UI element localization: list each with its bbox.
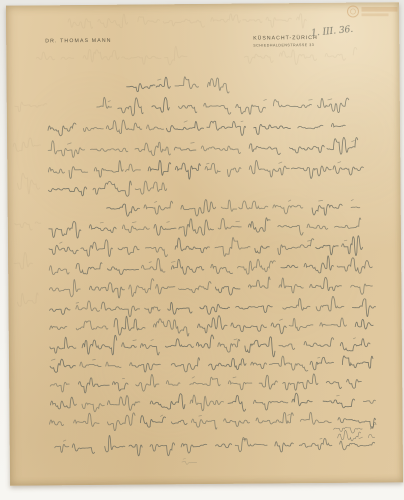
handwriting-line (331, 123, 345, 127)
showthrough-mark (36, 52, 54, 60)
showthrough-mark (138, 16, 160, 24)
handwriting-line (178, 282, 211, 293)
handwriting-line (239, 201, 268, 209)
handwriting-line (228, 395, 246, 411)
handwriting-line (122, 342, 137, 347)
handwriting-line (135, 142, 171, 156)
handwriting-line (50, 397, 76, 409)
handwriting-line (171, 259, 204, 274)
handwriting-line (140, 343, 159, 355)
handwriting-line (165, 339, 193, 348)
handwriting-line (271, 323, 286, 334)
handwriting-line (175, 163, 200, 179)
handwriting-diacritic (236, 221, 240, 222)
handwriting-diacritic (288, 414, 291, 415)
handwriting-diacritic (133, 340, 136, 341)
handwriting-line (49, 221, 81, 238)
handwriting-line (289, 145, 324, 153)
handwriting-line (245, 337, 275, 357)
handwriting-line (135, 181, 167, 194)
handwriting-line (340, 339, 370, 351)
handwriting-line (340, 441, 375, 450)
showthrough-mark (266, 17, 291, 27)
handwriting-salutation (175, 77, 199, 89)
handwriting-line (89, 225, 116, 233)
handwriting-line (82, 403, 104, 412)
handwriting-diacritic (63, 440, 66, 441)
handwriting-line (190, 395, 224, 411)
handwriting-line (278, 225, 303, 235)
handwriting-line (118, 98, 143, 116)
handwriting-line (49, 245, 78, 254)
handwriting-line (259, 375, 277, 389)
handwriting-salutation (127, 83, 155, 91)
handwriting-diacritic (352, 140, 355, 141)
showthrough-mark (68, 19, 93, 29)
handwriting-diacritic (320, 438, 322, 439)
handwriting-line (49, 266, 69, 275)
handwriting-diacritic (76, 302, 79, 303)
handwriting-diacritic (158, 79, 161, 80)
showthrough-mark (163, 19, 204, 28)
handwriting-diacritic (206, 163, 209, 164)
watermark-text-line-2 (362, 13, 389, 16)
handwriting-line (334, 218, 360, 229)
letter-paper: DR. THOMAS MANN KÜSNACHT-ZÜRICH SCHIEDHA… (6, 2, 403, 485)
handwriting-line (200, 304, 230, 314)
handwriting-line (48, 123, 76, 136)
handwriting-line (145, 247, 167, 257)
handwriting-line (107, 204, 140, 216)
handwriting-line (248, 218, 270, 233)
handwriting-diacritic (108, 101, 110, 102)
handwriting-insertion (338, 430, 361, 441)
handwriting-line (273, 205, 303, 214)
handwriting-line (83, 127, 103, 131)
handwriting-line (279, 278, 303, 293)
handwriting-line (150, 443, 175, 456)
handwriting-line (326, 381, 341, 388)
handwriting-line (231, 323, 267, 332)
handwriting-line (249, 144, 280, 155)
handwriting-line (81, 240, 113, 257)
handwriting-line (129, 279, 154, 297)
handwriting-line (228, 380, 252, 389)
handwriting-diacritic (233, 377, 236, 378)
showthrough-mark (243, 19, 262, 22)
handwriting-diacritic (151, 340, 153, 341)
showthrough-mark (211, 14, 240, 23)
handwriting-line (50, 326, 67, 330)
handwriting-line (283, 298, 310, 310)
showthrough-mark (279, 50, 316, 65)
handwriting-line (50, 420, 64, 426)
watermark-text-line-1 (362, 7, 398, 12)
handwriting-line (181, 199, 216, 216)
handwriting-diacritic (279, 162, 282, 163)
handwriting-line (201, 146, 240, 154)
showthrough-mark (13, 138, 41, 152)
showthrough-mark (15, 222, 32, 230)
handwriting-line (215, 286, 240, 295)
handwriting-diacritic (359, 437, 362, 438)
showthrough-mark (164, 46, 187, 65)
handwriting-line (147, 125, 164, 130)
handwriting-diacritic (344, 240, 347, 241)
handwriting-line (76, 263, 102, 274)
handwriting-line (273, 99, 311, 107)
handwriting-line (283, 374, 318, 390)
showthrough-mark (244, 54, 273, 63)
handwriting-line (224, 419, 250, 427)
handwriting-line (269, 356, 308, 371)
watermark-seal-inner (350, 9, 355, 14)
handwriting-line (72, 444, 94, 454)
handwriting-diacritic (280, 319, 283, 320)
handwriting-line (190, 377, 220, 386)
showthrough-mark (15, 102, 47, 112)
handwriting-line (235, 437, 267, 451)
handwriting-insertion (334, 427, 363, 433)
handwriting-line (154, 224, 176, 235)
handwriting-line (347, 379, 362, 388)
handwriting-diacritic (318, 357, 320, 358)
handwriting-diacritic (132, 222, 136, 223)
handwriting-line (179, 219, 214, 237)
showthrough-mark (353, 47, 357, 55)
watermark-seal-icon (348, 6, 359, 17)
handwriting-line (101, 302, 140, 317)
handwriting-diacritic (149, 262, 151, 263)
handwriting-line (112, 382, 128, 391)
handwriting-line (254, 124, 291, 134)
handwriting-line (307, 224, 328, 230)
handwriting-line (289, 318, 313, 330)
handwriting-line (236, 305, 273, 313)
handwriting-diacritic (338, 162, 341, 163)
handwriting-line (48, 140, 85, 157)
handwriting-line (342, 356, 373, 369)
handwriting-line (351, 207, 360, 208)
photo-background: DR. THOMAS MANN KÜSNACHT-ZÜRICH SCHIEDHA… (0, 0, 404, 500)
handwriting-line (150, 394, 185, 410)
handwriting-line (352, 299, 375, 317)
handwriting-line (175, 238, 209, 253)
showthrough-mark (14, 252, 32, 269)
handwriting-line (291, 166, 331, 179)
handwriting-line (171, 420, 187, 425)
handwriting-line (153, 319, 189, 337)
handwriting-line (89, 283, 124, 299)
handwriting-line (196, 335, 214, 348)
handwriting-line (126, 164, 141, 172)
showthrough-mark (122, 56, 161, 65)
handwriting-diacritic (309, 100, 313, 101)
handwriting-line (275, 442, 294, 452)
handwriting-line (205, 163, 220, 173)
handwriting-line (351, 284, 373, 294)
handwriting-diacritic (288, 200, 290, 201)
handwriting-diacritic (183, 458, 186, 459)
handwriting-line (337, 258, 372, 274)
handwriting-diacritic (234, 339, 237, 340)
handwriting-line (93, 181, 132, 197)
handwriting-line (166, 381, 180, 386)
handwriting-line (49, 279, 80, 297)
handwriting-line (237, 259, 275, 274)
handwriting-line (218, 339, 240, 352)
handwriting-line (94, 161, 123, 178)
handwriting-diacritic (264, 99, 267, 100)
handwriting-diacritic (67, 143, 71, 144)
handwriting-line (281, 265, 298, 268)
handwriting-line (304, 256, 333, 273)
handwriting-line (69, 167, 88, 179)
handwriting-line (316, 245, 339, 255)
handwriting-line (318, 98, 349, 113)
handwriting-line (148, 160, 171, 175)
handwriting-line (136, 374, 159, 391)
showthrough-mark (61, 57, 74, 59)
handwriting-diacritic (351, 199, 353, 200)
handwriting-line (299, 438, 332, 449)
handwriting-line (300, 412, 331, 424)
handwriting-line (166, 121, 203, 131)
handwriting-line (191, 419, 216, 430)
handwriting-line (236, 104, 266, 114)
handwriting-diacritic (171, 261, 175, 262)
handwriting-diacritic (307, 240, 310, 241)
handwriting-line (152, 97, 169, 112)
handwriting-line (140, 415, 165, 427)
handwriting-end-mark (182, 462, 197, 465)
handwriting-line (48, 167, 64, 173)
handwriting-line (298, 125, 323, 129)
handwriting-line (78, 378, 109, 393)
handwriting-line (76, 301, 100, 312)
handwriting-line (145, 307, 160, 313)
handwriting-line (76, 321, 108, 330)
handwriting-line (141, 258, 165, 272)
handwriting-line (312, 204, 342, 215)
handwriting-line (156, 284, 175, 294)
handwriting-line (251, 362, 267, 369)
handwriting-line (363, 400, 375, 403)
handwriting-line (227, 168, 241, 177)
handwriting-line (248, 277, 270, 288)
handwriting-line (179, 105, 197, 113)
handwriting-line (216, 444, 232, 448)
handwriting-diacritic (199, 416, 202, 417)
showthrough-mark (325, 53, 345, 60)
handwriting-line (342, 236, 363, 256)
handwriting-line (253, 400, 287, 410)
showthrough-mark (98, 14, 128, 28)
handwriting-line (310, 357, 334, 370)
handwriting-line (50, 337, 76, 353)
handwriting-line (355, 319, 373, 329)
handwriting-line (107, 267, 138, 275)
handwriting-line (255, 246, 269, 253)
handwriting-line (221, 200, 236, 211)
handwriting-line (90, 148, 127, 152)
handwriting-line (74, 413, 100, 426)
watermark-stamp (345, 3, 401, 20)
handwriting-line (129, 444, 142, 455)
handwriting-diacritic (184, 121, 187, 122)
handwriting-line (118, 246, 139, 255)
handwriting-diacritic (319, 200, 323, 201)
showthrough-mark (17, 173, 39, 194)
handwriting-line (122, 225, 149, 233)
handwriting-diacritic (160, 415, 162, 416)
handwriting-diacritic (167, 222, 170, 223)
handwriting-diacritic (241, 121, 243, 122)
handwriting-line (174, 147, 196, 151)
handwriting-line (168, 302, 192, 314)
handwriting-line (292, 393, 312, 406)
handwriting-line (304, 338, 334, 347)
handwriting-salutation (156, 77, 170, 88)
handwriting-line (107, 395, 140, 410)
handwriting-line (249, 160, 289, 177)
handwriting-line (320, 318, 347, 327)
handwriting-diacritic (353, 338, 355, 339)
handwriting-line (338, 417, 376, 428)
handwriting-line (144, 201, 173, 214)
handwriting-line (105, 435, 125, 452)
handwriting-line (197, 316, 227, 333)
handwriting-line (279, 344, 295, 350)
handwriting-line (106, 120, 142, 134)
handwriting-line (50, 308, 71, 315)
handwriting-line (181, 443, 207, 453)
showthrough-mark (83, 49, 119, 62)
handwriting-line (327, 137, 358, 154)
handwriting-line (130, 362, 161, 372)
showthrough-mark (296, 14, 306, 29)
handwriting-diacritic (191, 142, 195, 143)
handwriting-line (80, 362, 101, 367)
handwriting-line (218, 218, 241, 229)
handwriting-line (256, 412, 293, 424)
handwriting-body (6, 2, 403, 485)
handwriting-salutation (207, 78, 229, 93)
handwriting-line (48, 187, 86, 196)
handwriting-line (211, 264, 233, 274)
showthrough-mark (17, 293, 38, 306)
handwriting-line (97, 97, 112, 108)
showthrough-mark (35, 222, 41, 224)
handwriting-diacritic (100, 222, 103, 223)
handwriting-line (204, 103, 231, 114)
handwriting-insertion (368, 434, 374, 437)
handwriting-line (55, 444, 69, 452)
handwriting-diacritic (328, 99, 332, 100)
handwriting-diacritic (51, 359, 55, 360)
handwriting-line (310, 277, 342, 291)
handwriting-line (82, 335, 117, 355)
handwriting-line (114, 316, 145, 335)
handwriting-line (209, 358, 246, 370)
handwriting-line (333, 166, 363, 176)
handwriting-line (171, 358, 200, 372)
handwriting-line (107, 413, 135, 431)
handwriting-line (50, 382, 69, 392)
handwriting-diacritic (155, 201, 157, 202)
handwriting-line (316, 296, 344, 311)
handwriting-line (207, 121, 246, 136)
handwriting-line (323, 399, 355, 408)
handwriting-line (215, 237, 250, 256)
handwriting-line (50, 359, 75, 372)
handwriting-diacritic (60, 242, 63, 243)
handwriting-diacritic (93, 359, 96, 360)
handwriting-diacritic (192, 377, 194, 378)
handwriting-line (106, 362, 121, 368)
